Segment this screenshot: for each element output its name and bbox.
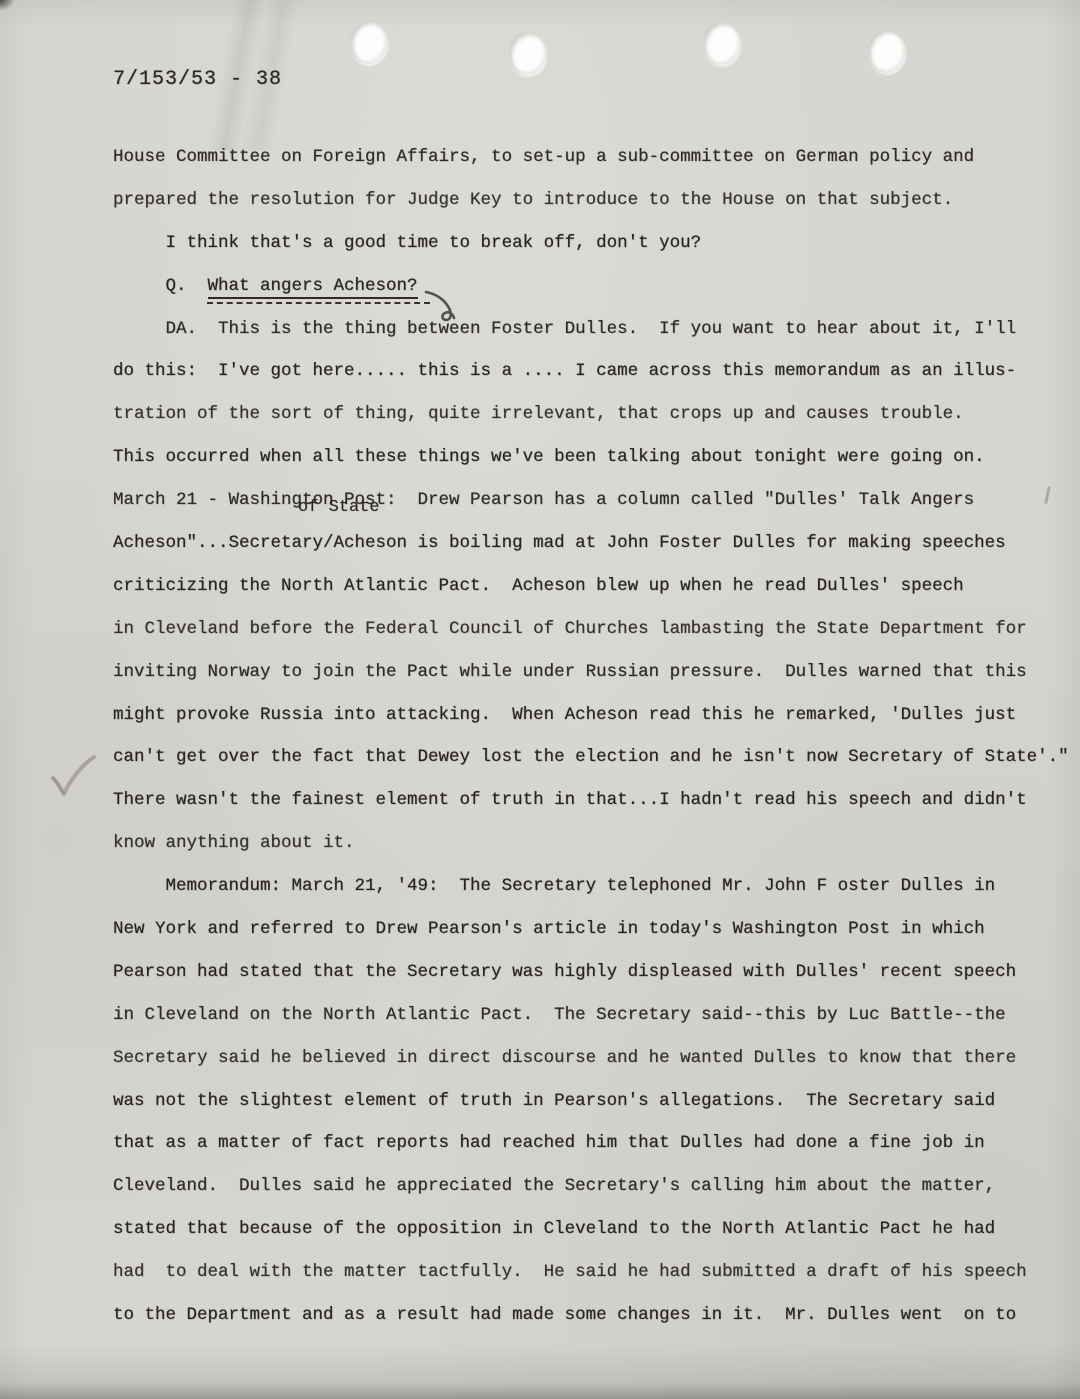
document-line: inviting Norway to join the Pact while u… (113, 651, 1078, 694)
document-line: Q. What angers Acheson? (113, 265, 1078, 308)
document-line: had to deal with the matter tactfully. H… (113, 1251, 1078, 1294)
document-line: do this: I've got here..... this is a ..… (113, 350, 1078, 393)
document-line: There wasn't the fainest element of trut… (113, 779, 1078, 822)
punch-hole (350, 21, 387, 64)
document-line: to the Department and as a result had ma… (113, 1294, 1078, 1337)
document-line: Memorandum: March 21, '49: The Secretary… (113, 865, 1078, 908)
pen-flourish-icon (424, 289, 470, 331)
document-line: prepared the resolution for Judge Key to… (113, 179, 1078, 222)
document-line: stated that because of the opposition in… (113, 1208, 1078, 1251)
document-line: was not the slightest element of truth i… (113, 1080, 1078, 1123)
document-line: House Committee on Foreign Affairs, to s… (113, 136, 1078, 179)
document-line: DA. This is the thing between Foster Dul… (113, 308, 1078, 351)
document-line: in Cleveland on the North Atlantic Pact.… (113, 994, 1078, 1037)
page-bottom-shadow (0, 1383, 1080, 1399)
document-body: House Committee on Foreign Affairs, to s… (113, 136, 1078, 1337)
underlined-question: What angers Acheson? (208, 276, 418, 299)
document-line: that as a matter of fact reports had rea… (113, 1122, 1078, 1165)
document-line: Cleveland. Dulles said he appreciated th… (113, 1165, 1078, 1208)
document-page: 7/153/53 - 38 House Committee on Foreign… (0, 0, 1080, 1399)
document-line: New York and referred to Drew Pearson's … (113, 908, 1078, 951)
page-number-header: 7/153/53 - 38 (113, 68, 282, 91)
punch-hole (868, 30, 905, 73)
document-line: Secretary said he believed in direct dis… (113, 1037, 1078, 1080)
document-line: criticizing the North Atlantic Pact. Ach… (113, 565, 1078, 608)
document-line: This occurred when all these things we'v… (113, 436, 1078, 479)
document-line: I think that's a good time to break off,… (113, 222, 1078, 265)
document-line: can't get over the fact that Dewey lost … (113, 736, 1078, 779)
document-line: know anything about it. (113, 822, 1078, 865)
document-line: March 21 - Washington Post: Drew Pearson… (113, 479, 1078, 522)
scan-corner-mark (0, 0, 14, 10)
document-line: might provoke Russia into attacking. Whe… (113, 694, 1078, 737)
checkmark-icon (46, 752, 100, 804)
line-segment: Q. (113, 276, 208, 296)
punch-hole (509, 32, 546, 75)
document-line: Pearson had stated that the Secretary wa… (113, 951, 1078, 994)
document-line: in Cleveland before the Federal Council … (113, 608, 1078, 651)
document-line: tration of the sort of thing, quite irre… (113, 393, 1078, 436)
punch-hole (703, 22, 740, 65)
document-line: Acheson"...Secretary/Acheson is boiling … (113, 522, 1078, 565)
interline-insertion: of State (298, 498, 380, 517)
